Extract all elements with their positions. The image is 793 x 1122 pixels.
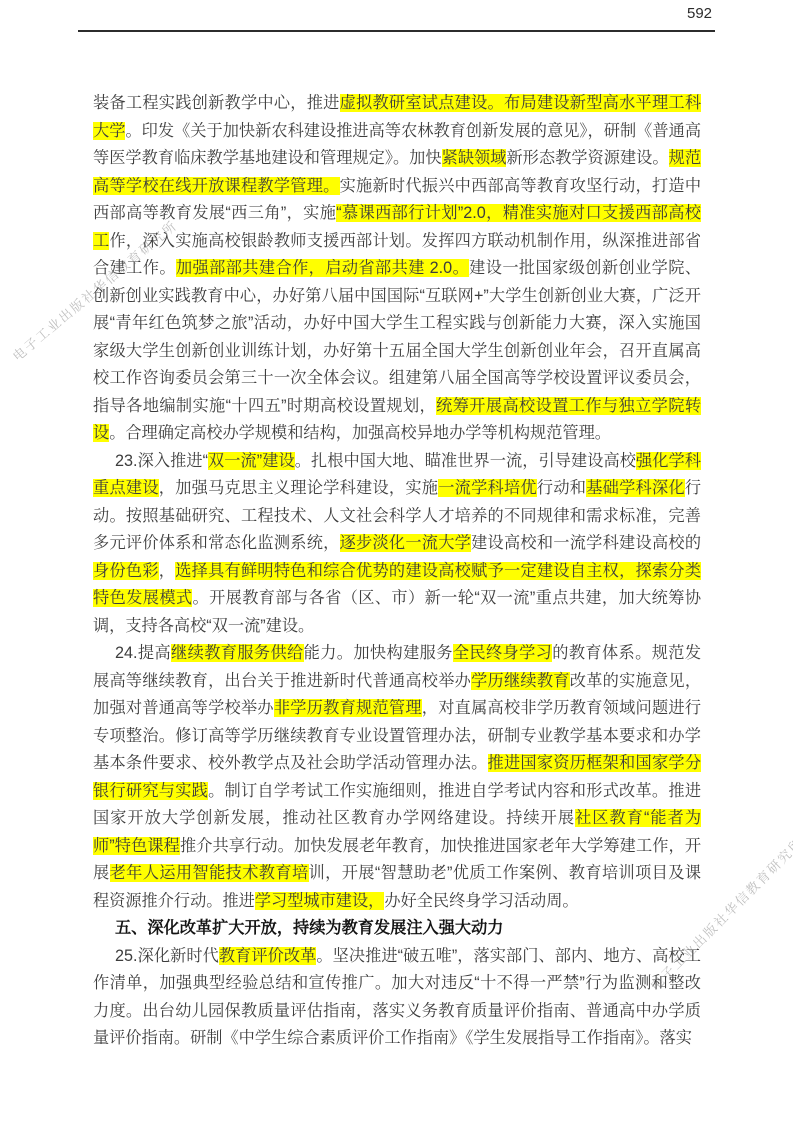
paragraph: 25.深化新时代教育评价改革。坚决推进“破五唯”，落实部门、部内、地方、高校工作… bbox=[93, 943, 701, 1053]
text-run: 新形态教学资源建设。 bbox=[506, 149, 668, 167]
highlight-run: 加强部部共建合作，启动省部共建 2.0。 bbox=[176, 259, 469, 277]
text-run: 23.深入推进“ bbox=[115, 452, 208, 470]
highlight-run: 一流学科培优 bbox=[438, 479, 537, 497]
highlight-run: 逐步淡化一流大学 bbox=[340, 534, 472, 552]
highlight-run: 身份色彩 bbox=[93, 562, 159, 580]
text-run: ， bbox=[159, 562, 175, 580]
text-run: 。合理确定高校办学规模和结构，加强高校异地办学等机构规范管理。 bbox=[109, 424, 611, 442]
highlight-run: 继续教育服务供给 bbox=[171, 644, 304, 662]
header-rule bbox=[78, 30, 715, 32]
text-run: ，加强马克思主义理论学科建设，实施 bbox=[159, 479, 438, 497]
highlight-run: 虚拟教研室试点建设。 bbox=[340, 94, 504, 112]
highlight-run: 老年人运用智能技术教育培 bbox=[110, 864, 309, 882]
section-heading: 五、深化改革扩大开放，持续为教育发展注入强大动力 bbox=[93, 915, 701, 943]
highlight-run: 学历继续教育 bbox=[471, 672, 570, 690]
highlight-run: 紧缺领域 bbox=[442, 149, 507, 167]
text-run: 建设高校和一流学科建设高校的 bbox=[471, 534, 701, 552]
text-run: 25.深化新时代 bbox=[115, 947, 219, 965]
paragraph: 24.提高继续教育服务供给能力。加快构建服务全民终身学习的教育体系。规范发展高等… bbox=[93, 640, 701, 915]
highlight-run: 全民终身学习 bbox=[453, 644, 552, 662]
text-run: 行动和 bbox=[537, 479, 586, 497]
highlight-run: 非学历教育规范管理 bbox=[274, 699, 422, 717]
page-number: 592 bbox=[687, 5, 712, 22]
text-run: 24.提高 bbox=[115, 644, 171, 662]
text-run: 五、深化改革扩大开放，持续为教育发展注入强大动力 bbox=[115, 919, 504, 937]
text-run: 能力。加快构建服务 bbox=[304, 644, 453, 662]
highlight-run: 基础学科深化 bbox=[586, 479, 685, 497]
highlight-run: 教育评价改革 bbox=[219, 947, 317, 965]
text-run: 。扎根中国大地、瞄准世界一流，引导建设高校 bbox=[295, 452, 636, 470]
highlight-run: 学习型城市建设， bbox=[255, 892, 385, 910]
highlight-run: 双一流”建设 bbox=[208, 452, 295, 470]
text-run: 建设一批国家级创新创业学院、创新创业实践教育中心，办好第八届中国国际“互联网+”… bbox=[93, 259, 701, 415]
paragraph: 装备工程实践创新教学中心，推进虚拟教研室试点建设。布局建设新型高水平理工科大学。… bbox=[93, 90, 701, 448]
document-body: 装备工程实践创新教学中心，推进虚拟教研室试点建设。布局建设新型高水平理工科大学。… bbox=[93, 90, 701, 1053]
text-run: 办好全民终身学习活动周。 bbox=[384, 892, 578, 910]
paragraph: 23.深入推进“双一流”建设。扎根中国大地、瞄准世界一流，引导建设高校强化学科重… bbox=[93, 448, 701, 641]
text-run: 装备工程实践创新教学中心，推进 bbox=[93, 94, 340, 112]
